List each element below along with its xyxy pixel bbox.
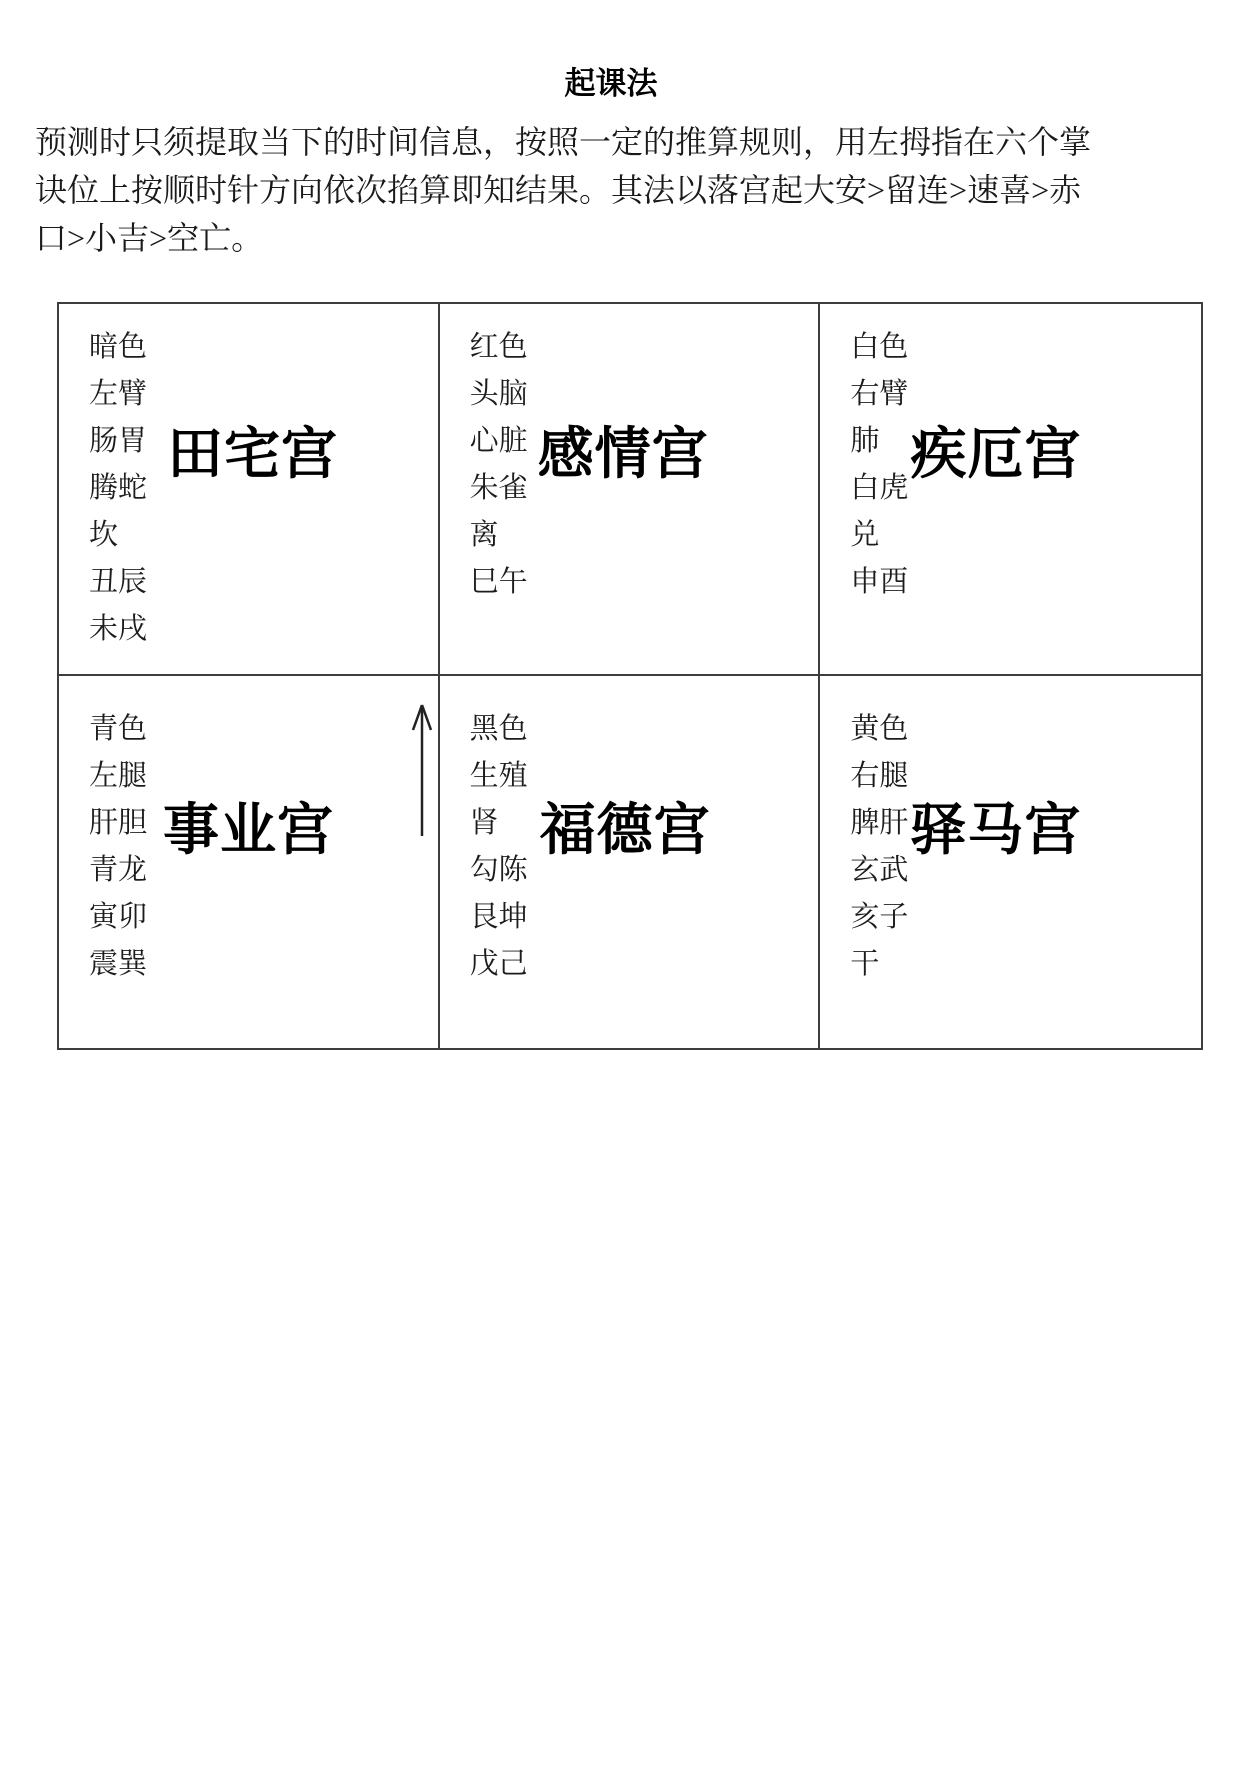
list-item: 头脑 xyxy=(470,371,528,418)
list-item: 右腿 xyxy=(850,753,908,800)
list-item: 巳午 xyxy=(470,559,528,606)
list-item: 干 xyxy=(850,941,908,988)
list-item: 未戌 xyxy=(89,606,147,653)
list-item: 坎 xyxy=(89,512,147,559)
list-item: 肾 xyxy=(470,800,528,847)
palace-table: 暗色 左臂 肠胃 腾蛇 坎 丑辰 未戌 田宅宫 红色 头脑 心脏 朱雀 离 巳午… xyxy=(57,302,1203,1050)
palace-name: 感情宫 xyxy=(538,410,709,490)
list-item: 青色 xyxy=(89,706,147,753)
list-item: 暗色 xyxy=(89,324,147,371)
list-item: 生殖 xyxy=(470,753,528,800)
list-item: 寅卯 xyxy=(89,894,147,941)
document-page: 起课法 预测时只须提取当下的时间信息，按照一定的推算规则，用左拇指在六个掌 诀位… xyxy=(0,0,1260,1784)
cell-list: 红色 头脑 心脏 朱雀 离 巳午 xyxy=(470,324,528,606)
table-cell-fude: 黑色 生殖 肾 勾陈 艮坤 戊己 福德宫 xyxy=(440,676,821,1048)
cell-list: 黑色 生殖 肾 勾陈 艮坤 戊己 xyxy=(470,706,528,988)
list-item: 玄武 xyxy=(850,847,908,894)
list-item: 黑色 xyxy=(470,706,528,753)
list-item: 腾蛇 xyxy=(89,465,147,512)
table-cell-ganqing: 红色 头脑 心脏 朱雀 离 巳午 感情宫 xyxy=(440,304,821,676)
table-cell-jie: 白色 右臂 肺 白虎 兑 申酉 疾厄宫 xyxy=(820,304,1201,676)
list-item: 红色 xyxy=(470,324,528,371)
list-item: 脾肝 xyxy=(850,800,908,847)
list-item: 黄色 xyxy=(850,706,908,753)
list-item: 丑辰 xyxy=(89,559,147,606)
list-item: 亥子 xyxy=(850,894,908,941)
intro-paragraph: 预测时只须提取当下的时间信息，按照一定的推算规则，用左拇指在六个掌 诀位上按顺时… xyxy=(35,118,1235,262)
list-item: 震巽 xyxy=(89,941,147,988)
palace-name: 疾厄宫 xyxy=(910,410,1081,490)
cell-list: 白色 右臂 肺 白虎 兑 申酉 xyxy=(850,324,908,606)
list-item: 左腿 xyxy=(89,753,147,800)
list-item: 白虎 xyxy=(850,465,908,512)
list-item: 艮坤 xyxy=(470,894,528,941)
list-item: 兑 xyxy=(850,512,908,559)
list-item: 申酉 xyxy=(850,559,908,606)
list-item: 肝胆 xyxy=(89,800,147,847)
intro-line: 诀位上按顺时针方向依次掐算即知结果。其法以落宫起大安>留连>速喜>赤 xyxy=(35,166,1235,214)
list-item: 肺 xyxy=(850,418,908,465)
palace-name: 驿马宫 xyxy=(910,786,1081,866)
table-cell-shiye: 青色 左腿 肝胆 青龙 寅卯 震巽 事业宫 xyxy=(59,676,440,1048)
page-title: 起课法 xyxy=(0,58,1222,103)
list-item: 戊己 xyxy=(470,941,528,988)
intro-line: 预测时只须提取当下的时间信息，按照一定的推算规则，用左拇指在六个掌 xyxy=(35,118,1235,166)
palace-name: 福德宫 xyxy=(540,786,711,866)
list-item: 肠胃 xyxy=(89,418,147,465)
cell-list: 黄色 右腿 脾肝 玄武 亥子 干 xyxy=(850,706,908,988)
up-arrow-icon xyxy=(407,700,437,845)
list-item: 心脏 xyxy=(470,418,528,465)
table-cell-tianzhai: 暗色 左臂 肠胃 腾蛇 坎 丑辰 未戌 田宅宫 xyxy=(59,304,440,676)
list-item: 左臂 xyxy=(89,371,147,418)
intro-line: 口>小吉>空亡。 xyxy=(35,214,1235,262)
palace-name: 事业宫 xyxy=(163,786,334,866)
list-item: 右臂 xyxy=(850,371,908,418)
list-item: 朱雀 xyxy=(470,465,528,512)
cell-list: 青色 左腿 肝胆 青龙 寅卯 震巽 xyxy=(89,706,147,988)
table-cell-yima: 黄色 右腿 脾肝 玄武 亥子 干 驿马宫 xyxy=(820,676,1201,1048)
list-item: 青龙 xyxy=(89,847,147,894)
cell-list: 暗色 左臂 肠胃 腾蛇 坎 丑辰 未戌 xyxy=(89,324,147,653)
list-item: 离 xyxy=(470,512,528,559)
list-item: 勾陈 xyxy=(470,847,528,894)
list-item: 白色 xyxy=(850,324,908,371)
palace-name: 田宅宫 xyxy=(167,410,338,490)
